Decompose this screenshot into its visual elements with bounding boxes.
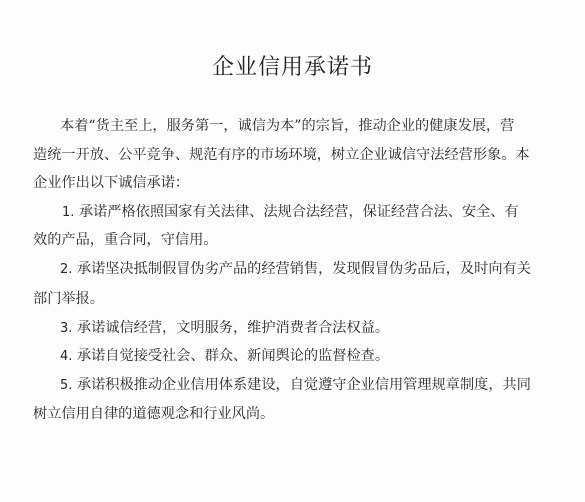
commitment-number: 4.	[60, 349, 72, 364]
commitment-text: 承诺坚决抵制假冒伪劣产品的经营销售，发现假冒伪劣品后，及时向有关	[77, 261, 531, 277]
intro-line-2: 造统一开放、公平竞争、规范有序的市场环境，树立企业诚信守法经营形象。本	[33, 145, 553, 165]
commitment-number: 2.	[60, 262, 72, 277]
document-title: 企业信用承诺书	[0, 50, 585, 81]
commitment-text: 承诺诚信经营，文明服务，维护消费者合法权益。	[77, 320, 389, 336]
commitment-number: 1.	[62, 205, 74, 220]
intro-line-1: 本着“货主至上，服务第一，诚信为本”的宗旨，推动企业的健康发展，营	[60, 116, 580, 136]
commitment-3-line-1: 3. 承诺诚信经营，文明服务，维护消费者合法权益。	[60, 318, 580, 339]
intro-line-3: 企业作出以下诚信承诺：	[33, 173, 553, 193]
commitment-text: 承诺严格依照国家有关法律、法规合法经营，保证经营合法、安全、有	[79, 204, 519, 220]
commitment-4-line-1: 4. 承诺自觉接受社会、群众、新闻舆论的监督检查。	[60, 346, 580, 367]
commitment-1-line-2: 效的产品，重合同，守信用。	[33, 230, 553, 250]
commitment-5-line-1: 5. 承诺积极推动企业信用体系建设，自觉遵守企业信用管理规章制度，共同	[60, 375, 580, 396]
commitment-5-line-2: 树立信用自律的道德观念和行业风尚。	[33, 404, 553, 424]
commitment-text: 承诺自觉接受社会、群众、新闻舆论的监督检查。	[77, 348, 389, 364]
commitment-2-line-2: 部门举报。	[33, 289, 553, 309]
commitment-number: 5.	[60, 378, 72, 393]
commitment-text: 承诺积极推动企业信用体系建设，自觉遵守企业信用管理规章制度，共同	[77, 377, 531, 393]
commitment-2-line-1: 2. 承诺坚决抵制假冒伪劣产品的经营销售，发现假冒伪劣品后，及时向有关	[60, 259, 580, 280]
commitment-number: 3.	[60, 321, 72, 336]
commitment-1-line-1: 1. 承诺严格依照国家有关法律、法规合法经营，保证经营合法、安全、有	[62, 202, 582, 223]
document-page: 企业信用承诺书 本着“货主至上，服务第一，诚信为本”的宗旨，推动企业的健康发展，…	[0, 0, 585, 502]
